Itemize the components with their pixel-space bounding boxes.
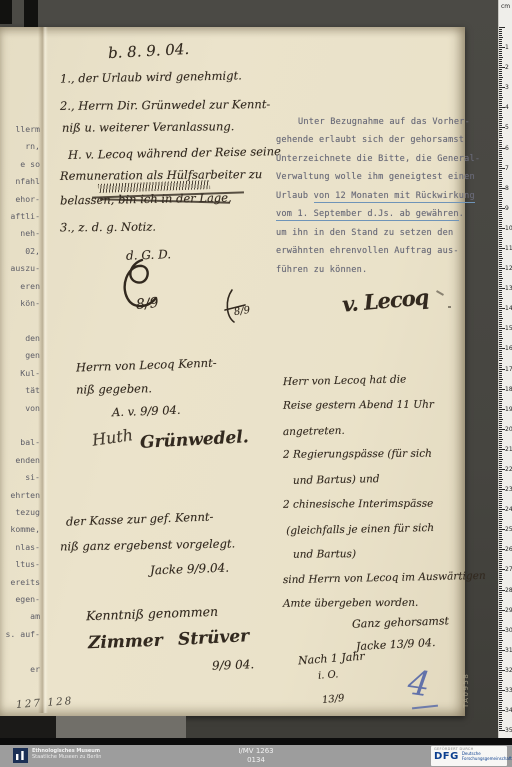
ruler-tick	[499, 125, 502, 126]
fragment-line: komme,	[0, 521, 44, 538]
fragment-line: nlas-	[0, 539, 44, 556]
fragment-line: kön-	[0, 295, 44, 312]
spine-shadow-band	[0, 0, 12, 24]
ruler-tick	[499, 403, 502, 404]
ruler-tick	[499, 312, 502, 313]
ruler-tick	[499, 117, 503, 118]
fragment-line: eren	[0, 278, 44, 295]
ruler-tick	[499, 69, 502, 70]
handwritten-line: und Bartus) und	[283, 471, 486, 500]
ruler-tick	[499, 258, 503, 259]
ruler-tick	[499, 194, 502, 195]
fragment-line	[0, 417, 44, 434]
scanned-document-page: llermrn,e sonfahlehor-aftli-neh-02,auszu…	[0, 0, 512, 767]
ruler-tick	[499, 160, 502, 161]
ruler-number: 21	[505, 446, 512, 453]
ruler-tick	[499, 79, 502, 80]
handwritten-line: (gleichfalls je einen für sich	[283, 521, 486, 550]
typed-line: Unterzeichnete die Bitte, die General-	[276, 150, 464, 168]
ruler-tick	[499, 91, 502, 92]
ruler-tick	[499, 628, 502, 629]
ruler-tick	[499, 431, 502, 432]
ruler-number: 26	[505, 546, 512, 553]
ruler-tick	[499, 210, 502, 211]
ruler-number: 30	[505, 627, 512, 634]
typed-line: gehende erlaubt sich der gehorsamst	[276, 131, 464, 149]
typed-paragraph: Unter Bezugnahme auf das Vorher- gehende…	[276, 113, 464, 279]
ruler-tick	[499, 314, 502, 315]
ruler-tick	[499, 105, 502, 106]
ruler-tick	[499, 437, 502, 438]
handwritten-line: 2., Herrn Dir. Grünwedel zur Kennt-	[60, 97, 270, 113]
ruler-tick	[499, 367, 502, 368]
ruler-tick	[499, 720, 503, 721]
ruler-tick	[499, 242, 502, 243]
ruler-number: 28	[505, 587, 512, 594]
ruler-tick	[499, 700, 503, 701]
ruler-tick	[499, 192, 502, 193]
ruler-tick	[499, 505, 502, 506]
ruler-tick	[499, 31, 502, 32]
dfg-logo-row: DFG Deutsche Forschungsgemeinschaft	[434, 751, 504, 762]
handwritten-line: A. v. 9/9 04.	[112, 403, 181, 419]
ruler-tick	[499, 678, 502, 679]
ruler-tick	[499, 334, 502, 335]
fragment-line: si-	[0, 469, 44, 486]
ruler-tick	[499, 441, 502, 442]
ink-smudge	[448, 306, 451, 308]
ruler-tick	[499, 405, 502, 406]
ruler-tick	[499, 571, 502, 572]
ruler-tick	[499, 109, 502, 110]
ruler-tick	[499, 417, 502, 418]
ruler-tick	[499, 254, 502, 255]
ruler-tick	[499, 224, 502, 225]
ruler-tick	[499, 495, 502, 496]
ruler-tick	[499, 174, 502, 175]
ruler-tick	[499, 636, 502, 637]
ruler-number: 23	[505, 486, 512, 493]
ruler-tick	[499, 485, 502, 486]
ruler-tick	[499, 170, 502, 171]
ruler-number: 10	[505, 225, 512, 232]
ruler-tick	[499, 465, 502, 466]
ruler-tick	[499, 507, 502, 508]
ruler-tick	[499, 479, 503, 480]
ruler-tick	[499, 668, 502, 669]
ruler-tick	[499, 77, 503, 78]
ruler-tick	[499, 350, 502, 351]
ruler-tick	[499, 144, 502, 145]
ruler-tick	[499, 672, 502, 673]
ruler-tick	[499, 196, 502, 197]
ruler-tick	[499, 133, 502, 134]
footer-separator	[0, 738, 512, 745]
ruler-tick	[499, 575, 502, 576]
handwritten-line: niß u. weiterer Veranlassung.	[62, 119, 234, 135]
ruler-tick	[499, 586, 502, 587]
ruler-tick	[499, 182, 502, 183]
ruler-tick	[499, 614, 502, 615]
ruler-tick	[499, 445, 502, 446]
ruler-tick	[499, 680, 503, 681]
fragment-line: ehor-	[0, 191, 44, 208]
ruler-tick	[499, 421, 502, 422]
ruler-tick	[499, 75, 502, 76]
fragment-line: Kul-	[0, 365, 44, 382]
ruler-tick	[499, 684, 502, 685]
ruler-tick	[499, 95, 502, 96]
ruler-tick	[499, 513, 502, 514]
ruler-tick	[499, 467, 502, 468]
ruler-number: 25	[505, 526, 512, 533]
ruler-tick	[499, 27, 505, 28]
ruler-tick	[499, 525, 502, 526]
ruler-tick	[499, 543, 502, 544]
ruler-number: 22	[505, 466, 512, 473]
fragment-line	[0, 643, 44, 660]
handwritten-line: Herr von Lecoq hat die	[283, 372, 486, 401]
handwritten-line: 2 Regierungspässe (für sich	[283, 448, 486, 474]
ruler-tick	[499, 539, 503, 540]
handwritten-line: 2 chinesische Interimspässe	[283, 497, 486, 523]
ruler-tick	[499, 39, 502, 40]
ruler-tick	[499, 256, 502, 257]
ruler-tick	[499, 674, 502, 675]
ruler-tick	[499, 131, 502, 132]
ruler-tick	[499, 397, 502, 398]
ruler-tick	[499, 622, 502, 623]
ruler-tick	[499, 473, 502, 474]
fragment-line: ehrten	[0, 487, 44, 504]
facing-page-text-fragments: llermrn,e sonfahlehor-aftli-neh-02,auszu…	[0, 121, 44, 678]
fragment-line: auszu-	[0, 260, 44, 277]
ruler-tick	[499, 85, 502, 86]
ruler-tick	[499, 43, 502, 44]
ruler-tick	[499, 686, 502, 687]
ruler-tick	[499, 352, 502, 353]
ruler-tick	[499, 475, 502, 476]
ruler-tick	[499, 375, 502, 376]
ruler-tick	[499, 499, 503, 500]
ruler-tick	[499, 688, 502, 689]
ruler-tick	[499, 172, 502, 173]
ruler-tick	[499, 216, 502, 217]
ruler-tick	[499, 626, 502, 627]
ruler-tick	[499, 545, 502, 546]
ruler-tick	[499, 427, 502, 428]
digitization-footer: Ethnologisches Museum Staatliche Museen …	[0, 745, 512, 767]
ruler-tick	[499, 523, 502, 524]
ruler-tick	[499, 129, 502, 130]
ruler-tick	[499, 250, 502, 251]
ruler-tick	[499, 501, 502, 502]
ruler-tick	[499, 531, 502, 532]
fragment-line: egen-	[0, 591, 44, 608]
underlined-text: von 12 Monaten mit Rückwirkung	[314, 191, 475, 203]
ruler-tick	[499, 399, 503, 400]
ruler-tick	[499, 461, 502, 462]
typed-line: vom 1. September d.Js. ab gewähren.	[276, 205, 464, 223]
ruler-tick	[499, 521, 502, 522]
dfg-name: Deutsche Forschungsgemeinschaft	[462, 752, 512, 761]
fragment-line: 02,	[0, 243, 44, 260]
ruler-tick	[499, 238, 503, 239]
ruler-tick	[499, 365, 502, 366]
ruler-tick	[499, 557, 502, 558]
ruler-tick	[499, 604, 502, 605]
ruler-tick	[499, 493, 502, 494]
ruler-tick	[499, 186, 502, 187]
ruler-number: 15	[505, 325, 512, 332]
ruler-tick	[499, 113, 502, 114]
ruler-tick	[499, 226, 502, 227]
fragment-line: s. auf-	[0, 626, 44, 643]
ruler-tick	[499, 142, 502, 143]
ruler-tick	[499, 360, 502, 361]
ruler-tick	[499, 49, 502, 50]
ruler-tick	[499, 624, 502, 625]
spine-shadow-band	[24, 0, 38, 27]
ruler-tick	[499, 356, 502, 357]
ruler-number: 7	[505, 165, 509, 172]
typed-text: Urlaub	[276, 191, 314, 201]
typed-line: um ihn in den Stand zu setzen den	[276, 224, 464, 242]
ruler-tick	[499, 638, 502, 639]
vertical-stamp-number: TA0958	[462, 673, 470, 708]
ruler-tick	[499, 646, 502, 647]
ruler-tick	[499, 137, 503, 138]
ruler-tick	[499, 51, 502, 52]
ruler-tick	[499, 264, 502, 265]
ruler-tick	[499, 463, 502, 464]
ruler-tick	[499, 37, 503, 38]
dfg-abbr: DFG	[434, 751, 459, 762]
ruler-tick	[499, 519, 503, 520]
fragment-line: neh-	[0, 225, 44, 242]
ruler-tick	[499, 371, 502, 372]
ruler-tick	[499, 666, 502, 667]
ruler-tick	[499, 59, 502, 60]
ruler-tick	[499, 497, 502, 498]
handwritten-line: Remuneration als Hülfsarbeiter zu	[60, 167, 262, 183]
ruler-tick	[499, 230, 502, 231]
dfg-logo-patch: GEFÖRDERT DURCH DFG Deutsche Forschungsg…	[431, 746, 507, 766]
ruler-tick	[499, 481, 502, 482]
ruler-tick	[499, 164, 502, 165]
ruler-tick	[499, 244, 502, 245]
ruler-tick	[499, 93, 502, 94]
ruler-tick	[499, 511, 502, 512]
ruler-tick	[499, 65, 502, 66]
ruler-tick	[499, 330, 502, 331]
ruler-tick	[499, 290, 502, 291]
ruler-tick	[499, 284, 502, 285]
ruler-tick	[499, 115, 502, 116]
ruler-tick	[499, 140, 502, 141]
ruler-tick	[499, 393, 502, 394]
ruler-tick	[499, 581, 502, 582]
ruler-tick	[499, 270, 502, 271]
ruler-tick	[499, 577, 502, 578]
handwritten-line: sind Herrn von Lecoq im Auswärtigen	[283, 570, 486, 599]
ruler-tick	[499, 336, 502, 337]
ruler-tick	[499, 377, 502, 378]
ruler-tick	[499, 391, 502, 392]
ruler-number: 32	[505, 667, 512, 674]
ruler-tick	[499, 322, 502, 323]
ruler-tick	[499, 274, 502, 275]
fragment-line: gen	[0, 347, 44, 364]
ruler-tick	[499, 33, 502, 34]
ruler-tick	[499, 413, 502, 414]
ruler-tick	[499, 634, 502, 635]
ruler-tick	[499, 527, 502, 528]
ruler-tick	[499, 280, 502, 281]
ruler-tick	[499, 698, 502, 699]
ruler-tick	[499, 206, 502, 207]
ruler-tick	[499, 616, 502, 617]
ruler-tick	[499, 451, 502, 452]
dfg-name-line: Forschungsgemeinschaft	[462, 757, 512, 762]
signature: Zimmer	[88, 631, 163, 654]
ruler-tick	[499, 722, 502, 723]
ruler-tick	[499, 714, 502, 715]
ruler-number: 27	[505, 566, 512, 573]
ruler-tick	[499, 395, 502, 396]
ruler-tick	[499, 324, 502, 325]
ruler-number: 5	[505, 124, 509, 131]
ruler-tick	[499, 240, 502, 241]
ruler-tick	[499, 234, 502, 235]
ruler-tick	[499, 316, 502, 317]
ruler-tick	[499, 35, 502, 36]
ruler-tick	[499, 162, 502, 163]
ruler-tick	[499, 447, 502, 448]
ruler-tick	[499, 561, 502, 562]
ruler-tick	[499, 555, 502, 556]
handwritten-line: Reise gestern Abend 11 Uhr	[283, 398, 486, 424]
ruler-tick	[499, 71, 502, 72]
fragment-line: enden	[0, 452, 44, 469]
ruler-tick	[499, 716, 502, 717]
ruler-tick	[499, 433, 502, 434]
ruler-tick	[499, 214, 502, 215]
fragment-line: rn,	[0, 138, 44, 155]
ruler-unit-label: cm	[501, 3, 510, 10]
handwritten-line: und Bartus)	[283, 547, 486, 573]
ruler-tick	[499, 503, 502, 504]
ruler-tick	[499, 220, 502, 221]
ruler-tick	[499, 535, 502, 536]
ruler-tick	[499, 583, 502, 584]
ruler-number: 20	[505, 426, 512, 433]
fragment-line: ltus-	[0, 556, 44, 573]
ruler-tick	[499, 150, 502, 151]
ruler-tick	[499, 553, 502, 554]
ruler-tick	[499, 652, 502, 653]
ruler-tick	[499, 676, 502, 677]
ruler-tick	[499, 204, 502, 205]
ruler-tick	[499, 383, 502, 384]
typed-line: Urlaub von 12 Monaten mit Rückwirkung	[276, 187, 464, 205]
ruler-number: 13	[505, 285, 512, 292]
fragment-line: tezug	[0, 504, 44, 521]
ruler-tick	[499, 596, 502, 597]
ruler-tick	[499, 654, 502, 655]
ruler-tick	[499, 180, 502, 181]
ruler-tick	[499, 83, 502, 84]
ruler-tick	[499, 123, 502, 124]
ruler-tick	[499, 608, 502, 609]
ruler-tick	[499, 306, 502, 307]
ruler-tick	[499, 551, 502, 552]
ruler-tick	[499, 658, 502, 659]
ruler-number: 29	[505, 607, 512, 614]
ruler-tick	[499, 310, 502, 311]
ruler-number: 9	[505, 205, 509, 212]
ruler-tick	[499, 411, 502, 412]
ruler-tick	[499, 292, 502, 293]
ruler-tick	[499, 537, 502, 538]
ruler-tick	[499, 101, 502, 102]
ruler-tick	[499, 176, 502, 177]
ruler-tick	[499, 146, 502, 147]
ruler-tick	[499, 559, 503, 560]
handwritten-report-note: Herr von Lecoq hat dieReise gestern Aben…	[283, 374, 486, 622]
ruler-tick	[499, 103, 502, 104]
ruler-tick	[499, 121, 502, 122]
ruler-number: 11	[505, 245, 512, 252]
ruler-number: 14	[505, 305, 512, 312]
underlined-text: vom 1. September d.Js. ab gewähren	[276, 209, 459, 221]
ruler-tick	[499, 642, 502, 643]
ruler-tick	[499, 166, 502, 167]
ruler-tick	[499, 439, 503, 440]
ruler-tick	[499, 358, 503, 359]
ruler-tick	[499, 41, 502, 42]
ruler-tick	[499, 423, 502, 424]
ruler-number: 6	[505, 145, 509, 152]
ruler-tick	[499, 342, 502, 343]
ruler-number: 33	[505, 687, 512, 694]
ruler-tick	[499, 198, 503, 199]
ruler-tick	[499, 640, 503, 641]
typed-line: Unter Bezugnahme auf das Vorher-	[276, 113, 464, 131]
ruler-tick	[499, 724, 502, 725]
ruler-tick	[499, 260, 502, 261]
ruler-tick	[499, 491, 502, 492]
ruler-tick	[499, 222, 502, 223]
ruler-tick	[499, 286, 502, 287]
ruler-tick	[499, 298, 503, 299]
paraph-date: 8/9	[233, 305, 250, 318]
ruler-tick	[499, 459, 503, 460]
ruler-tick	[499, 320, 502, 321]
ruler-tick	[499, 483, 502, 484]
ruler-number: 24	[505, 506, 512, 513]
typed-text: .	[459, 209, 464, 219]
fragment-line: e so	[0, 156, 44, 173]
fragment-line: llerm	[0, 121, 44, 138]
ruler-tick	[499, 592, 502, 593]
ruler-tick	[499, 363, 502, 364]
ruler-tick	[499, 246, 502, 247]
ruler-tick	[499, 443, 502, 444]
ruler-tick	[499, 547, 502, 548]
ruler-tick	[499, 154, 502, 155]
ruler-tick	[499, 594, 502, 595]
